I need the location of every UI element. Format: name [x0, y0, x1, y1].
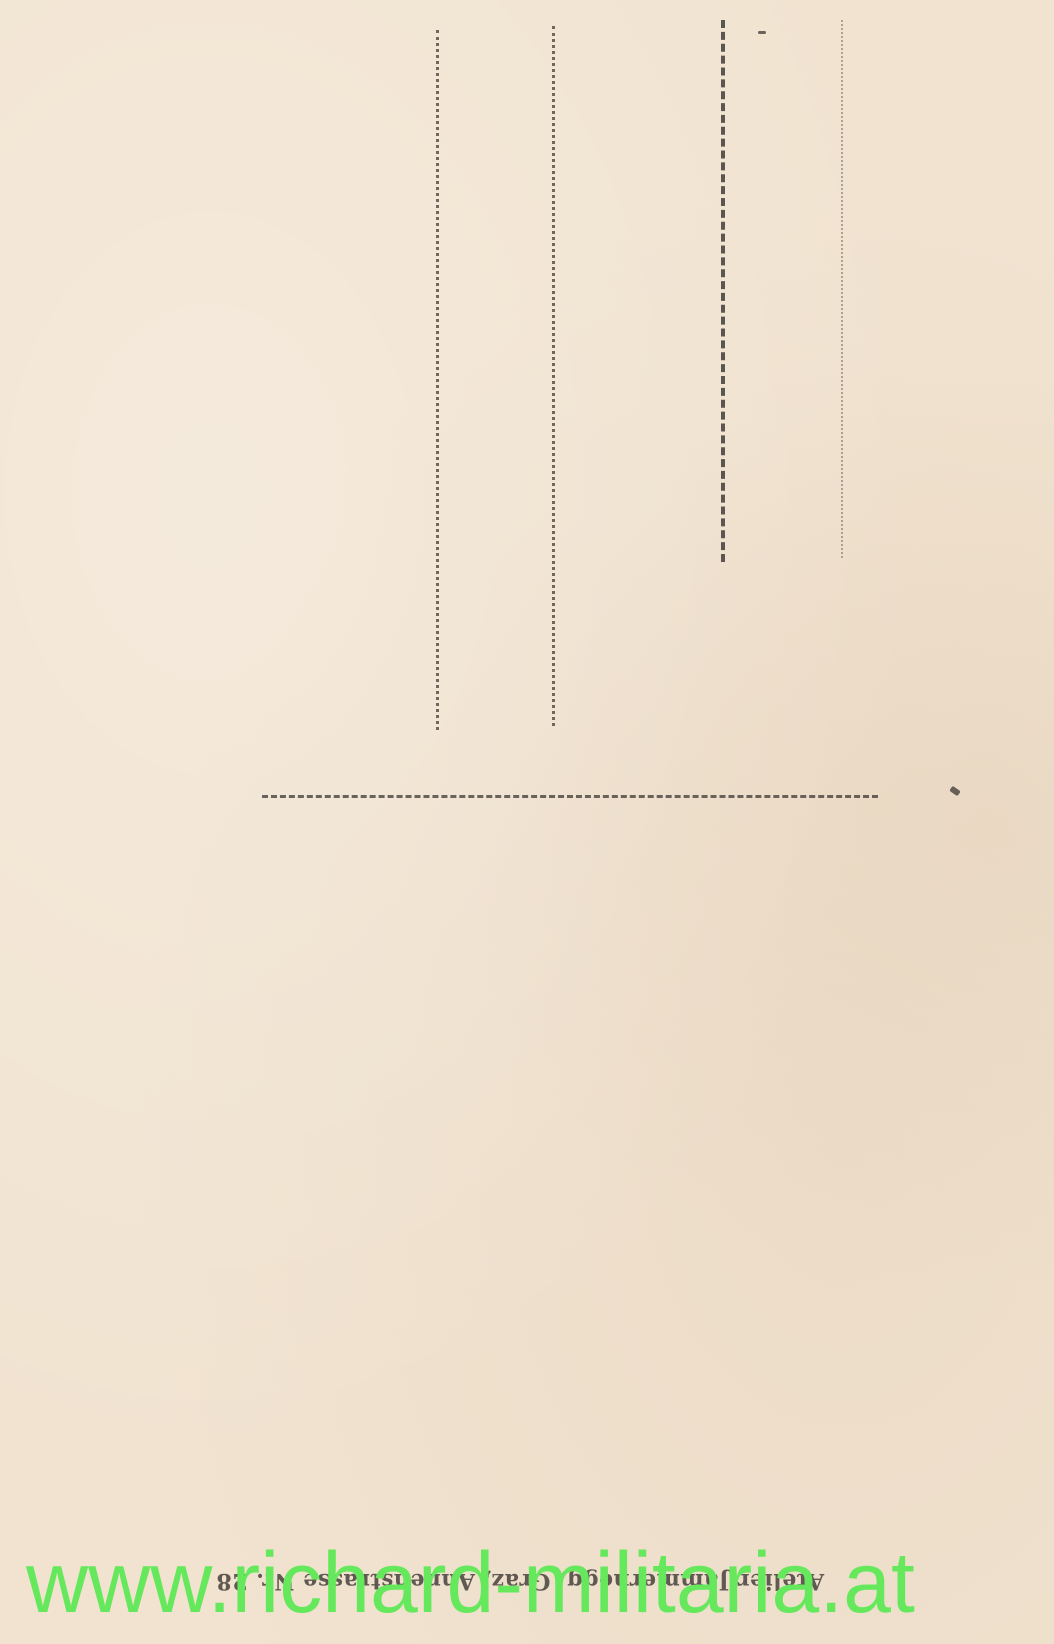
- ink-mark: [949, 786, 961, 797]
- address-line-2: [552, 26, 555, 726]
- watermark-text: www.richard-militaria.at: [26, 1540, 915, 1626]
- stamp-mark: [758, 31, 766, 34]
- postcard-back: Atelier Jammernegg, Graz, Annenstrasse N…: [0, 0, 1054, 1644]
- address-line-3: [841, 20, 843, 558]
- address-line-1: [436, 30, 439, 730]
- divider-line: [721, 20, 725, 562]
- horizontal-divider-line: [262, 795, 878, 798]
